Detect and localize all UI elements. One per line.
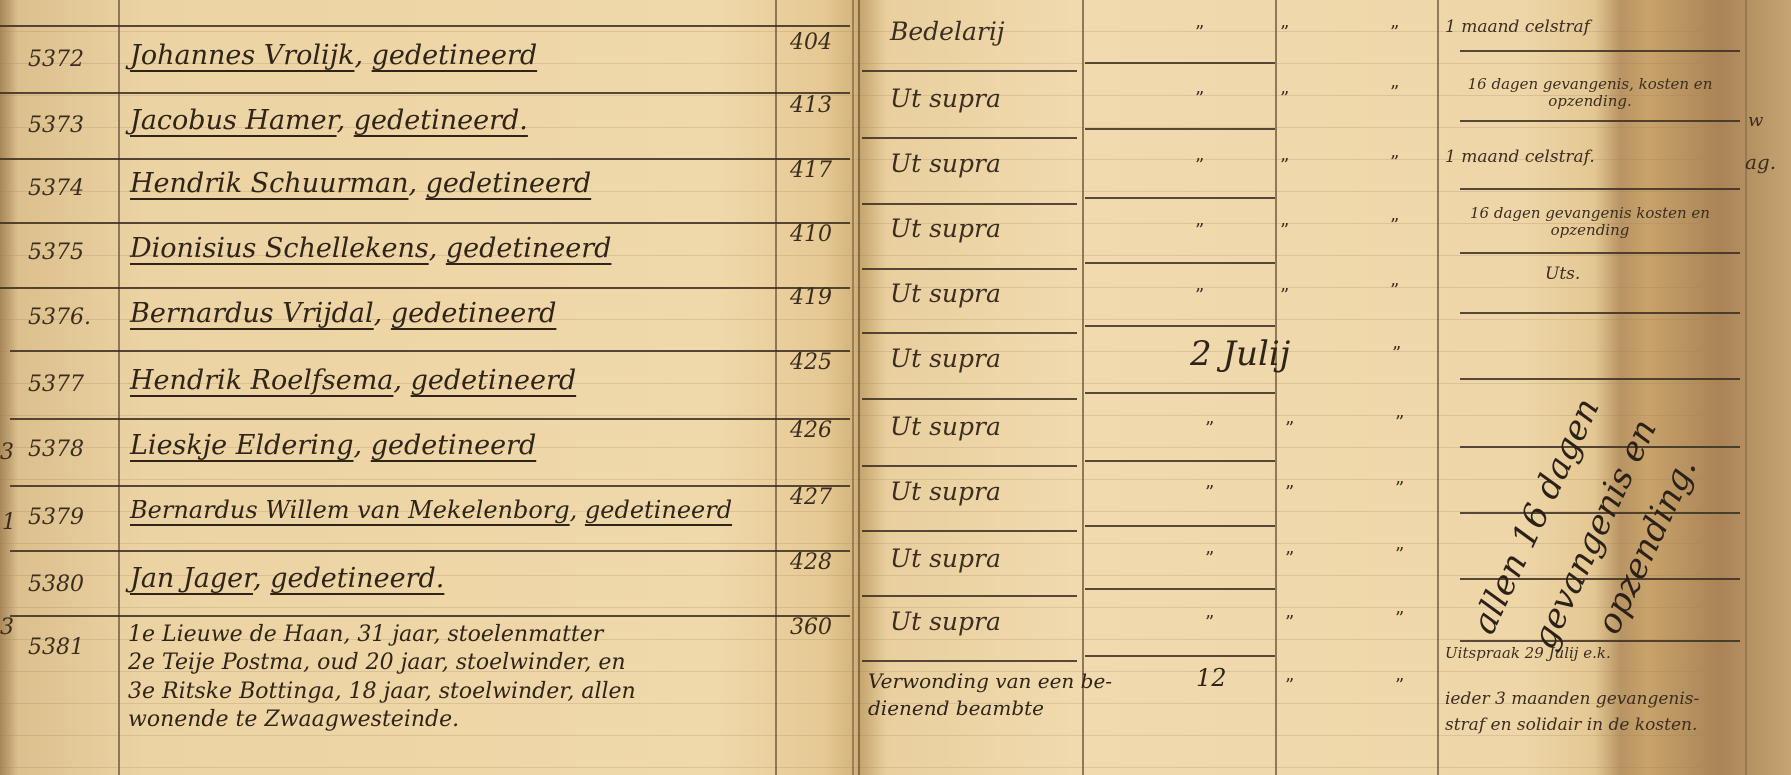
ref-column-rule — [775, 0, 777, 775]
sentence: Uts. — [1545, 265, 1580, 285]
row-separator — [1460, 378, 1740, 380]
row-separator — [1085, 588, 1275, 590]
ditto-mark: ” — [1205, 418, 1214, 439]
ditto-mark: ” — [1205, 548, 1214, 569]
left-number-column-rule — [118, 0, 120, 775]
sentence-line: straf en solidair in de kosten. — [1445, 716, 1699, 736]
row-separator — [862, 268, 1077, 270]
sentence-line: ieder 3 maanden gevangenis- — [1445, 690, 1699, 710]
ditto-mark: ” — [1280, 22, 1289, 43]
ditto-mark: ” — [1395, 412, 1404, 433]
row-separator — [1085, 392, 1275, 394]
ref-number: 428 — [790, 550, 832, 575]
row-separator — [1460, 640, 1740, 642]
offence: Ut supra — [890, 280, 1001, 309]
date-value: 2 Julij — [1190, 335, 1290, 374]
ditto-mark: ” — [1285, 482, 1294, 503]
entry-name: Bernardus Willem van Mekelenborg, gedeti… — [130, 497, 732, 525]
entry-line: 2e Teije Postma, oud 20 jaar, stoelwinde… — [128, 650, 636, 675]
row-separator — [1085, 197, 1275, 199]
ditto-mark: ” — [1195, 285, 1204, 306]
ref-number: 404 — [790, 30, 832, 55]
offence: Ut supra — [890, 215, 1001, 244]
offence: Ut supra — [890, 413, 1001, 442]
entry-number: 5373 — [28, 113, 84, 138]
row-separator — [0, 92, 850, 94]
ref-number: 413 — [790, 93, 832, 118]
book-gutter — [852, 0, 854, 775]
entry-number: 5378 — [28, 437, 84, 462]
ditto-mark: ” — [1390, 82, 1399, 103]
ditto-mark: ” — [1390, 215, 1399, 236]
row-separator — [0, 25, 850, 27]
ditto-mark: ” — [1205, 482, 1214, 503]
entry-name: Lieskje Eldering, gedetineerd — [130, 430, 536, 461]
ditto-mark: ” — [1390, 22, 1399, 43]
margin-mark: 3 — [0, 615, 14, 640]
edge-fragment: ag. — [1745, 150, 1776, 174]
margin-mark: 1 — [2, 510, 16, 535]
offence: Ut supra — [890, 478, 1001, 507]
ref-number: 427 — [790, 485, 832, 510]
entry-line: 3e Ritske Bottinga, 18 jaar, stoelwinder… — [128, 679, 636, 704]
entry-number: 5375 — [28, 240, 84, 265]
row-separator — [862, 137, 1077, 139]
entry-number: 5376. — [28, 305, 91, 330]
sentence: 1 maand celstraf — [1445, 18, 1590, 38]
ditto-mark: ” — [1195, 88, 1204, 109]
row-separator — [862, 203, 1077, 205]
sentence-column-rule — [1437, 0, 1439, 775]
entry-number: 5381 — [28, 635, 84, 660]
ref-number: 410 — [790, 222, 832, 247]
entry-line: 1e Lieuwe de Haan, 31 jaar, stoelenmatte… — [128, 622, 636, 647]
sentence: Uitspraak 29 Julij e.k. — [1445, 645, 1611, 662]
row-separator — [862, 332, 1077, 334]
row-separator — [1085, 62, 1275, 64]
entry-number: 5374 — [28, 176, 84, 201]
offence: Ut supra — [890, 608, 1001, 637]
ditto-mark: ” — [1395, 544, 1404, 565]
row-separator — [862, 530, 1077, 532]
row-separator — [10, 350, 850, 352]
row-separator — [10, 485, 850, 487]
row-separator — [1085, 655, 1275, 657]
date-value: 12 — [1196, 665, 1227, 693]
ditto-mark: ” — [1390, 280, 1399, 301]
ref-number: 426 — [790, 418, 832, 443]
sentence: 16 dagen gevangenis kosten en opzending — [1445, 205, 1735, 240]
row-separator — [0, 222, 850, 224]
sentence-multiline: ieder 3 maanden gevangenis- straf en sol… — [1445, 690, 1699, 735]
row-separator — [1460, 120, 1740, 122]
offence: Ut supra — [890, 545, 1001, 574]
ditto-mark: ” — [1195, 220, 1204, 241]
row-separator — [862, 465, 1077, 467]
row-separator — [0, 158, 850, 160]
entry-line: wonende te Zwaagwesteinde. — [128, 707, 636, 732]
ref-number: 360 — [790, 615, 832, 640]
ditto-mark: ” — [1285, 548, 1294, 569]
row-separator — [1460, 446, 1740, 448]
entry-name: Johannes Vrolijk, gedetineerd — [130, 40, 537, 71]
sentence: 1 maand celstraf. — [1445, 148, 1595, 168]
offence-line: dienend beambte — [868, 697, 1112, 720]
ditto-mark: ” — [1195, 155, 1204, 176]
ledger-spread: 5372 5373 5374 5375 5376. 5377 5378 5379… — [0, 0, 1791, 775]
row-separator — [862, 398, 1077, 400]
row-separator — [862, 595, 1077, 597]
entry-name: Hendrik Schuurman, gedetineerd — [130, 168, 591, 199]
row-separator — [10, 418, 850, 420]
ditto-mark: ” — [1392, 343, 1401, 364]
row-separator — [1085, 325, 1275, 327]
entry-number: 5380 — [28, 572, 84, 597]
ditto-mark: ” — [1280, 88, 1289, 109]
ditto-mark: ” — [1280, 220, 1289, 241]
ditto-mark: ” — [1285, 612, 1294, 633]
entry-number: 5379 — [28, 505, 84, 530]
offence-column-rule — [1082, 0, 1084, 775]
entry-name: Hendrik Roelfsema, gedetineerd — [130, 365, 576, 396]
row-separator — [1460, 188, 1740, 190]
ditto-mark: ” — [1285, 675, 1294, 696]
row-separator — [1085, 262, 1275, 264]
page-edge-shadow — [0, 0, 18, 775]
ditto-mark: ” — [1395, 675, 1404, 696]
row-separator — [1085, 525, 1275, 527]
ditto-mark: ” — [1390, 152, 1399, 173]
ditto-mark: ” — [1205, 612, 1214, 633]
ditto-mark: ” — [1195, 22, 1204, 43]
ditto-mark: ” — [1395, 608, 1404, 629]
ditto-mark: ” — [1395, 478, 1404, 499]
right-page-start-rule — [858, 0, 860, 775]
row-separator — [1460, 252, 1740, 254]
margin-mark: 3 — [0, 440, 14, 465]
entry-name: Bernardus Vrijdal, gedetineerd — [130, 298, 556, 329]
entry-name: Dionisius Schellekens, gedetineerd — [130, 233, 611, 264]
row-separator — [0, 287, 850, 289]
row-separator — [862, 70, 1077, 72]
entry-number: 5372 — [28, 47, 84, 72]
offence-line: Verwonding van een be- — [868, 670, 1112, 693]
offence: Ut supra — [890, 150, 1001, 179]
ditto-mark: ” — [1280, 155, 1289, 176]
row-separator — [1085, 460, 1275, 462]
offence: Ut supra — [890, 345, 1001, 374]
ref-number: 419 — [790, 285, 832, 310]
offence: Bedelarij — [890, 18, 1005, 47]
ditto-mark: ” — [1280, 285, 1289, 306]
entry-name: Jan Jager, gedetineerd. — [130, 563, 444, 594]
ref-number: 417 — [790, 158, 832, 183]
right-page-edge-rule — [1745, 0, 1747, 775]
row-separator — [1460, 50, 1740, 52]
entry-number: 5377 — [28, 372, 84, 397]
offence-multiline: Verwonding van een be- dienend beambte — [868, 670, 1112, 720]
sentence: 16 dagen gevangenis, kosten en opzending… — [1445, 76, 1735, 111]
date-column-rule — [1275, 0, 1277, 775]
row-separator — [10, 615, 850, 617]
row-separator — [1085, 128, 1275, 130]
row-separator — [862, 660, 1077, 662]
edge-fragment: w — [1748, 110, 1763, 131]
row-separator — [1460, 312, 1740, 314]
ref-number: 425 — [790, 350, 832, 375]
ditto-mark: ” — [1285, 418, 1294, 439]
entry-name: Jacobus Hamer, gedetineerd. — [130, 105, 528, 136]
offence: Ut supra — [890, 85, 1001, 114]
entry-multiline: 1e Lieuwe de Haan, 31 jaar, stoelenmatte… — [128, 622, 636, 732]
row-separator — [10, 550, 850, 552]
